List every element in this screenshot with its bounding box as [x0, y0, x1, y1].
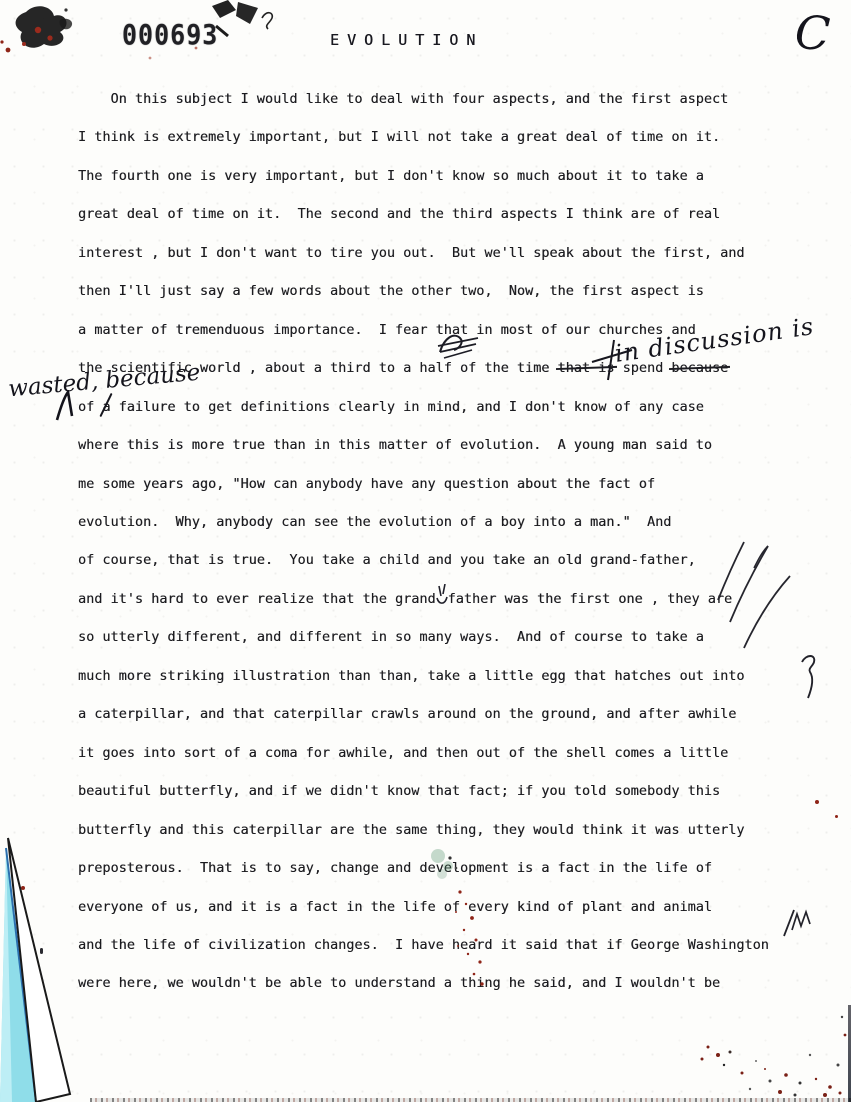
text-segment: interest , but I don't want to tire you …	[78, 245, 744, 261]
text-segment: great deal of time on it. The second and…	[78, 206, 720, 222]
text-line: much more striking illustration than tha…	[78, 657, 769, 695]
text-line: beautiful butterfly, and if we didn't kn…	[78, 772, 769, 810]
text-line: of a failure to get definitions clearly …	[78, 388, 769, 426]
text-line: everyone of us, and it is a fact in the …	[78, 888, 769, 926]
text-segment: butterfly and this caterpillar are the s…	[78, 822, 744, 838]
close-up-mark	[436, 580, 448, 618]
text-segment: of	[78, 399, 102, 415]
ink-spatter	[426, 842, 516, 992]
text-segment: me some years ago, "How can anybody have…	[78, 476, 655, 492]
body-text: On this subject I would like to deal wit…	[78, 80, 769, 1003]
text-line: me some years ago, "How can anybody have…	[78, 465, 769, 503]
text-line: preposterous. That is to say, change and…	[78, 849, 769, 887]
text-segment: of course, that is true. You take a chil…	[78, 552, 696, 568]
margin-slash-marks	[710, 538, 810, 653]
text-line: great deal of time on it. The second and…	[78, 195, 769, 233]
text-line: and it's hard to ever realize that the g…	[78, 580, 769, 618]
margin-m-mark	[780, 906, 818, 940]
text-segment: much more striking illustration than tha…	[78, 668, 744, 684]
text-line: and the life of civilization changes. I …	[78, 926, 769, 964]
text-line: of course, that is true. You take a chil…	[78, 541, 769, 579]
red-speck	[835, 815, 838, 818]
text-line: then I'll just say a few words about the…	[78, 272, 769, 310]
edited-text-segment: a	[102, 399, 110, 415]
text-line: where this is more true than in this mat…	[78, 426, 769, 464]
text-line: evolution. Why, anybody can see the evol…	[78, 503, 769, 541]
scan-edge-grain	[90, 1098, 851, 1102]
text-segment: where this is more true than in this mat…	[78, 437, 712, 453]
red-speck	[815, 800, 819, 804]
insertion-caret-mark	[590, 336, 634, 382]
folded-corner	[0, 830, 84, 1102]
text-line: so utterly different, and different in s…	[78, 618, 769, 656]
scanned-document-page: 000693 EVOLUTION C On this subject I wou…	[0, 0, 851, 1102]
text-segment: and the life of civilization changes. I …	[78, 937, 769, 953]
ink-blotch-top-left	[0, 0, 290, 70]
text-segment: everyone of us, and it is a fact in the …	[78, 899, 712, 915]
edited-text-segment: because	[671, 360, 728, 376]
text-line: I think is extremely important, but I wi…	[78, 118, 769, 156]
text-line: butterfly and this caterpillar are the s…	[78, 811, 769, 849]
text-line: The fourth one is very important, but I …	[78, 157, 769, 195]
text-segment: I think is extremely important, but I wi…	[78, 129, 720, 145]
text-segment: so utterly different, and different in s…	[78, 629, 704, 645]
text-segment: failure to get definitions clearly in mi…	[111, 399, 704, 415]
text-segment: and it's hard to ever realize that the g…	[78, 591, 436, 607]
handwritten-corner-letter: C	[794, 5, 832, 61]
text-segment: evolution. Why, anybody can see the evol…	[78, 514, 671, 530]
scribble-mark	[434, 328, 482, 360]
text-line: a caterpillar, and that caterpillar craw…	[78, 695, 769, 733]
text-segment: preposterous. That is to say, change and…	[78, 860, 712, 876]
margin-caret-mark	[52, 390, 80, 422]
text-segment: The fourth one is very important, but I …	[78, 168, 704, 184]
text-segment: it goes into sort of a coma for awhile, …	[78, 745, 728, 761]
text-segment: a caterpillar, and that caterpillar craw…	[78, 706, 736, 722]
text-segment: father was the first one , they are	[448, 591, 732, 607]
text-line: it goes into sort of a coma for awhile, …	[78, 734, 769, 772]
text-line: interest , but I don't want to tire you …	[78, 234, 769, 272]
margin-figure-mark	[798, 652, 824, 702]
text-segment: were here, we wouldn't be able to unders…	[78, 975, 720, 991]
page-title: EVOLUTION	[330, 31, 483, 49]
speckle-field	[690, 995, 851, 1102]
text-line: were here, we wouldn't be able to unders…	[78, 964, 769, 1002]
text-segment: beautiful butterfly, and if we didn't kn…	[78, 783, 720, 799]
text-segment: then I'll just say a few words about the…	[78, 283, 704, 299]
text-segment: On this subject I would like to deal wit…	[78, 91, 728, 107]
text-line: On this subject I would like to deal wit…	[78, 80, 769, 118]
